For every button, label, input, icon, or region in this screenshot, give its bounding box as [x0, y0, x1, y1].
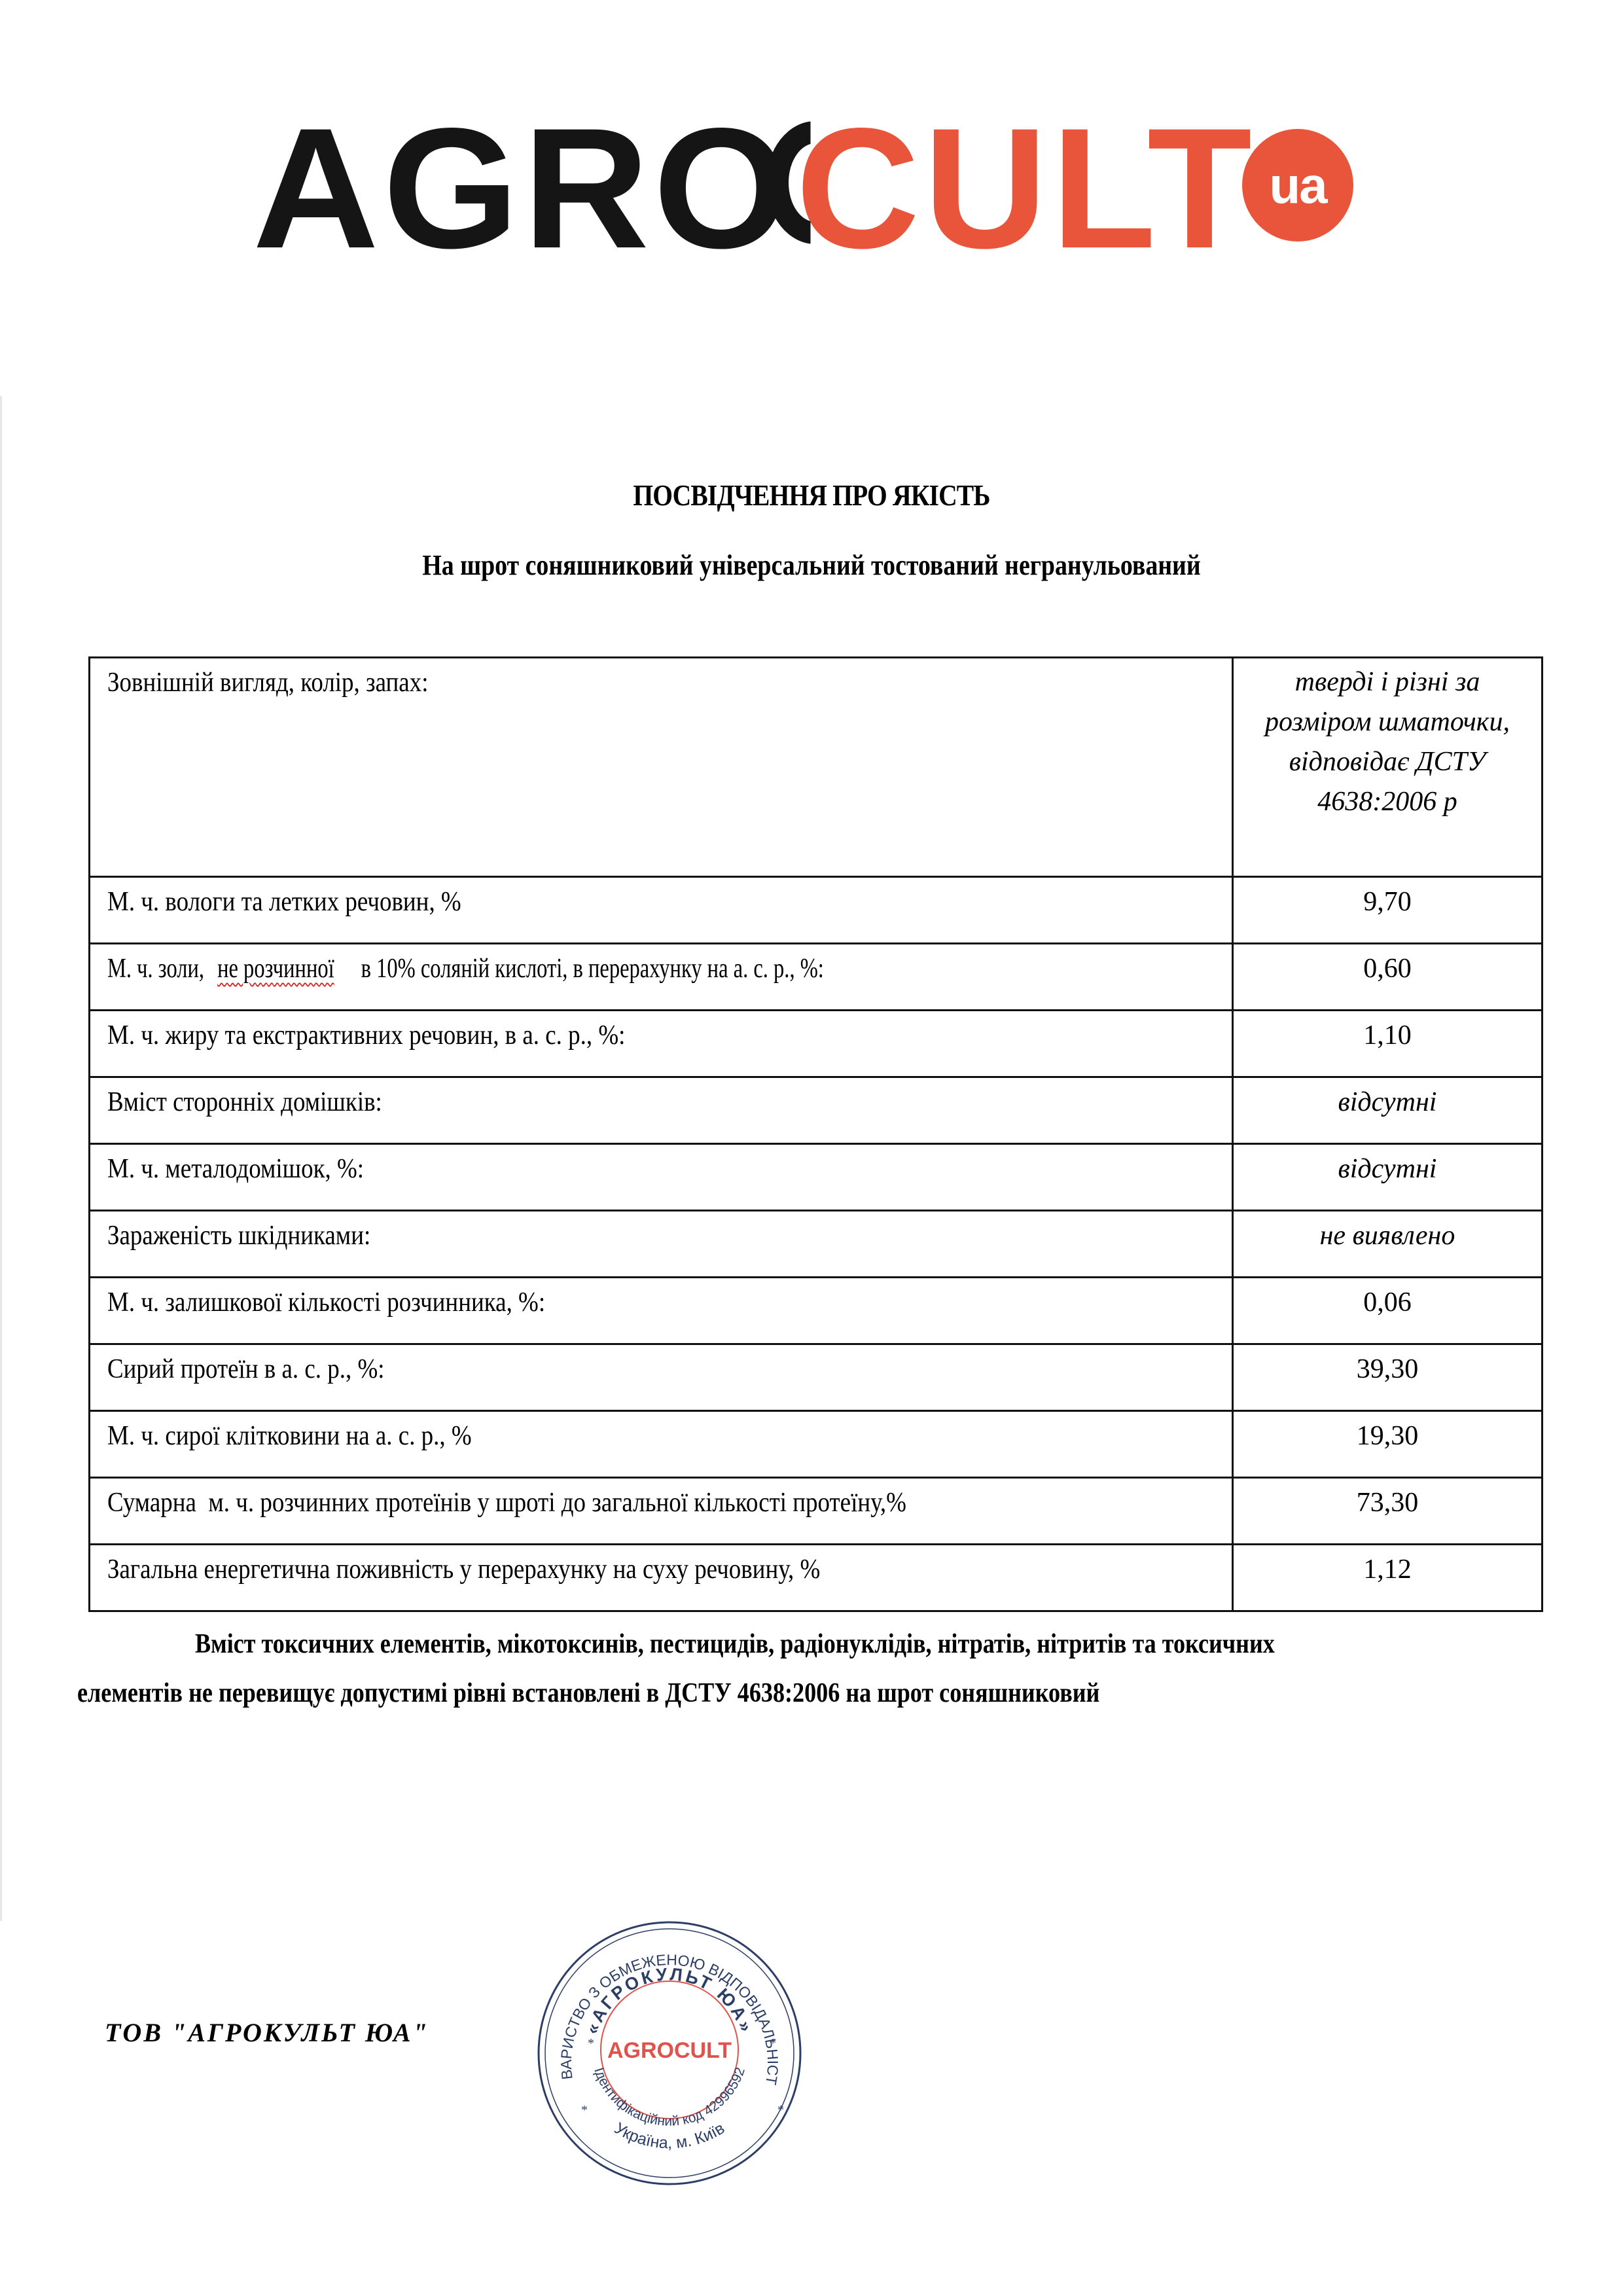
- row-value: відсутні: [1234, 1145, 1541, 1210]
- row-value: 39,30: [1234, 1345, 1541, 1410]
- table-row: Сирий протеїн в а. с. р., %: 39,30: [90, 1343, 1541, 1410]
- document-subtitle: На шрот соняшниковий універсальний тосто…: [114, 548, 1510, 582]
- row-label: Зовнішній вигляд, колір, запах:: [90, 658, 1234, 876]
- row-label: Сирий протеїн в а. с. р., %:: [90, 1345, 1234, 1410]
- star-icon: *: [770, 2036, 776, 2051]
- star-icon: *: [588, 2036, 594, 2051]
- star-icon: *: [581, 2103, 588, 2117]
- company-signature: ТОВ "АГРОКУЛЬТ ЮА": [105, 2017, 429, 2048]
- table-row: Вміст сторонніх домішків: відсутні: [90, 1076, 1541, 1143]
- table-row: Загальна енергетична поживність у перера…: [90, 1543, 1541, 1610]
- table-row: М. ч. золи, не розчинної в 10% соляній к…: [90, 942, 1541, 1009]
- row-label: М. ч. золи, не розчинної в 10% соляній к…: [90, 944, 1234, 1009]
- table-row: Зараженість шкідниками: не виявлено: [90, 1210, 1541, 1276]
- table-row: М. ч. вологи та летких речовин, % 9,70: [90, 876, 1541, 942]
- compliance-note: Вміст токсичних елементів, мікотоксинів,…: [77, 1620, 1556, 1718]
- row-value: 19,30: [1234, 1412, 1541, 1477]
- agrocult-logo: AGRO CULT ua: [253, 120, 1365, 251]
- logo-ua-badge: ua: [1242, 129, 1353, 242]
- row-value: відсутні: [1234, 1078, 1541, 1143]
- page-edge-shadow: [0, 396, 2, 1921]
- company-stamp: ТОВАРИСТВО З ОБМЕЖЕНОЮ ВІДПОВІДАЛЬНІСТЮ …: [535, 1919, 804, 2187]
- row-label: М. ч. жиру та екстрактивних речовин, в а…: [90, 1011, 1234, 1076]
- document-title: ПОСВІДЧЕННЯ ПРО ЯКІСТЬ: [114, 478, 1510, 512]
- note-line-1: Вміст токсичних елементів, мікотоксинів,…: [195, 1620, 1275, 1669]
- spellcheck-flagged-text: не розчинної: [217, 953, 334, 984]
- table-row: М. ч. сирої клітковини на а. с. р., % 19…: [90, 1410, 1541, 1477]
- logo-text-agro: AGRO: [253, 103, 793, 274]
- star-icon: *: [777, 2103, 784, 2117]
- row-label: Сумарна м. ч. розчинних протеїнів у шрот…: [90, 1479, 1234, 1543]
- table-row: М. ч. жиру та екстрактивних речовин, в а…: [90, 1009, 1541, 1076]
- row-label: М. ч. залишкової кількості розчинника, %…: [90, 1278, 1234, 1343]
- row-value: 9,70: [1234, 878, 1541, 942]
- row-label: М. ч. металодомішок, %:: [90, 1145, 1234, 1210]
- row-label: Загальна енергетична поживність у перера…: [90, 1545, 1234, 1610]
- stamp-id-code: Ідентифікаційний код 42996592: [591, 2066, 748, 2129]
- row-label: М. ч. сирої клітковини на а. с. р., %: [90, 1412, 1234, 1477]
- table-row: Зовнішній вигляд, колір, запах: тверді і…: [90, 658, 1541, 876]
- row-value: 73,30: [1234, 1479, 1541, 1543]
- quality-table: Зовнішній вигляд, колір, запах: тверді і…: [88, 656, 1543, 1612]
- row-label: Вміст сторонніх домішків:: [90, 1078, 1234, 1143]
- table-row: М. ч. залишкової кількості розчинника, %…: [90, 1276, 1541, 1343]
- row-value: 0,06: [1234, 1278, 1541, 1343]
- row-label: Зараженість шкідниками:: [90, 1211, 1234, 1276]
- logo-text-cult: CULT: [796, 103, 1256, 274]
- table-row: Сумарна м. ч. розчинних протеїнів у шрот…: [90, 1477, 1541, 1543]
- row-value: тверді і різні за розміром шматочки, від…: [1234, 658, 1541, 876]
- table-row: М. ч. металодомішок, %: відсутні: [90, 1143, 1541, 1210]
- row-value: 1,12: [1234, 1545, 1541, 1610]
- row-value: не виявлено: [1234, 1211, 1541, 1276]
- row-label: М. ч. вологи та летких речовин, %: [90, 878, 1234, 942]
- row-value: 1,10: [1234, 1011, 1541, 1076]
- row-value: 0,60: [1234, 944, 1541, 1009]
- svg-text:Ідентифікаційний код 42996592: Ідентифікаційний код 42996592: [591, 2066, 748, 2129]
- stamp-center-logo: AGROCULT: [607, 2038, 732, 2063]
- note-line-2: елементів не перевищує допустимі рівні в…: [77, 1669, 1099, 1718]
